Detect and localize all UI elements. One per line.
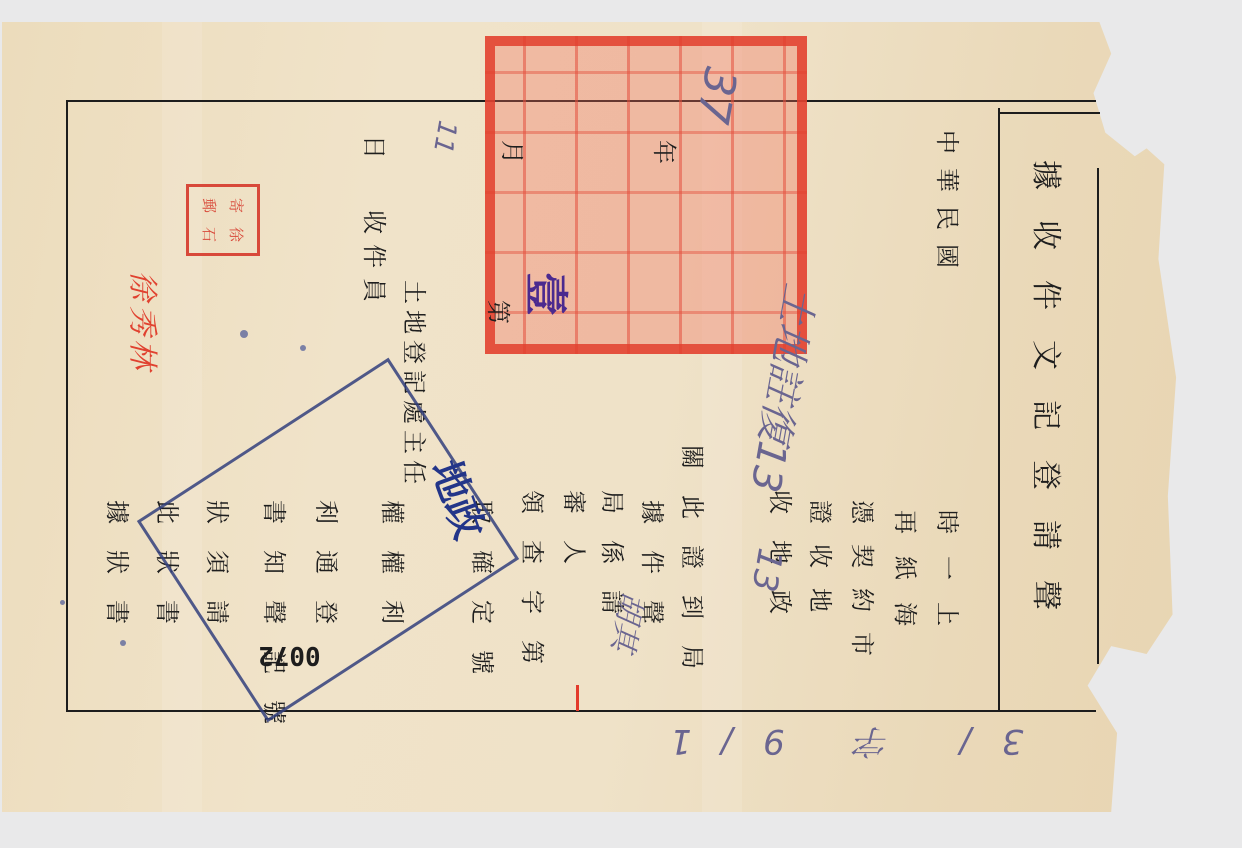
glyph: 第 xyxy=(520,640,544,664)
glyph: 據 xyxy=(1030,160,1060,190)
glyph: 到 xyxy=(680,595,704,619)
clerk-label: 收件員 xyxy=(362,210,386,302)
glyph: 局 xyxy=(600,490,624,514)
glyph: 中 xyxy=(935,130,959,154)
date-day-label: 日 xyxy=(362,135,386,159)
glyph: 領 xyxy=(520,490,544,514)
glyph: 聲 xyxy=(1030,580,1060,610)
office-number-label: 第 xyxy=(486,300,510,324)
blue-stamp-number: 0072 xyxy=(258,640,321,670)
pencil-note-margin: 3/ 字 9/1 xyxy=(640,720,1023,769)
glyph: 華 xyxy=(935,168,959,192)
glyph: 登 xyxy=(402,340,426,364)
date-year-label: 年 xyxy=(652,140,676,164)
glyph: 關 xyxy=(680,445,704,469)
body-column: 時一上 xyxy=(935,510,959,626)
pencil-note-middle: 土地註復13 xyxy=(680,360,891,417)
glyph: 員 xyxy=(362,278,386,302)
glyph: 查 xyxy=(520,540,544,564)
glyph: 證 xyxy=(680,545,704,569)
pencil-day: 11 xyxy=(428,122,461,152)
pencil-year: 37 xyxy=(688,70,744,121)
glyph: 收 xyxy=(1030,220,1060,250)
body-column: 據狀書 xyxy=(105,500,129,624)
glyph: 土 xyxy=(402,280,426,304)
title-divider-line xyxy=(998,108,1000,712)
date-era: 中華民國 xyxy=(935,130,959,268)
title-top-border xyxy=(1000,112,1100,114)
glyph: 據 xyxy=(640,500,664,524)
glyph: 再 xyxy=(893,510,917,534)
pencil-item-number: 13 xyxy=(745,550,788,590)
glyph: 人 xyxy=(562,540,586,564)
glyph: 民 xyxy=(935,206,959,230)
glyph: 件 xyxy=(640,550,664,574)
glyph: 文 xyxy=(1030,340,1060,370)
glyph: 局 xyxy=(680,645,704,669)
glyph: 請 xyxy=(1030,520,1060,550)
clerk-red-signature: 徐秀林 xyxy=(126,268,156,372)
glyph: 收 xyxy=(362,210,386,234)
glyph: 記 xyxy=(1030,400,1060,430)
glyph: 定 xyxy=(470,600,494,624)
red-tick-mark xyxy=(576,685,579,711)
glyph: 據 xyxy=(105,500,129,524)
glyph: 市 xyxy=(850,632,874,656)
glyph: 徐 xyxy=(124,270,159,300)
glyph: 字 xyxy=(520,590,544,614)
glyph: 約 xyxy=(850,588,874,612)
pencil-note-bottom: 胡其 xyxy=(600,600,660,644)
ink-speck xyxy=(120,640,126,646)
outer-right-border xyxy=(1097,168,1099,664)
glyph: 紙 xyxy=(893,556,917,580)
glyph: 憑 xyxy=(850,500,874,524)
glyph: 林 xyxy=(124,339,159,369)
body-column: 證收地 xyxy=(808,500,832,612)
glyph: 契 xyxy=(850,544,874,568)
glyph: 日 xyxy=(362,135,386,159)
glyph: 年 xyxy=(652,140,676,164)
glyph: 此 xyxy=(680,495,704,519)
glyph: 地 xyxy=(402,310,426,334)
glyph: 一 xyxy=(935,556,959,580)
glyph: 證 xyxy=(808,500,832,524)
glyph: 係 xyxy=(600,540,624,564)
glyph: 書 xyxy=(155,600,179,624)
glyph: 狀 xyxy=(105,550,129,574)
ink-speck xyxy=(240,330,248,338)
glyph: 件 xyxy=(362,244,386,268)
glyph: 國 xyxy=(935,244,959,268)
body-column: 審人 xyxy=(562,490,586,564)
date-month-label: 月 xyxy=(500,140,524,164)
glyph: 件 xyxy=(1030,280,1060,310)
blue-stamp-text: 地政 xyxy=(420,470,500,527)
body-column: 憑契約市 xyxy=(850,500,874,656)
glyph: 審 xyxy=(562,490,586,514)
glyph: 上 xyxy=(935,602,959,626)
glyph: 時 xyxy=(935,510,959,534)
small-red-seal: 郵寄石徐 xyxy=(186,184,260,256)
glyph: 海 xyxy=(893,602,917,626)
glyph: 第 xyxy=(486,300,510,324)
body-column: 領查字第 xyxy=(520,490,544,664)
glyph: 地 xyxy=(808,588,832,612)
body-column: 關此證到局 xyxy=(680,445,704,669)
glyph: 書 xyxy=(105,600,129,624)
ink-speck xyxy=(60,600,65,605)
purple-office-mark: 壹 xyxy=(518,272,582,316)
glyph: 收 xyxy=(808,544,832,568)
glyph: 號 xyxy=(470,650,494,674)
ink-speck xyxy=(300,345,306,351)
document-title: 據收件文記登請聲 xyxy=(1030,160,1060,610)
body-column: 再紙海 xyxy=(893,510,917,626)
glyph: 月 xyxy=(500,140,524,164)
glyph: 登 xyxy=(1030,460,1060,490)
glyph: 秀 xyxy=(124,305,159,335)
